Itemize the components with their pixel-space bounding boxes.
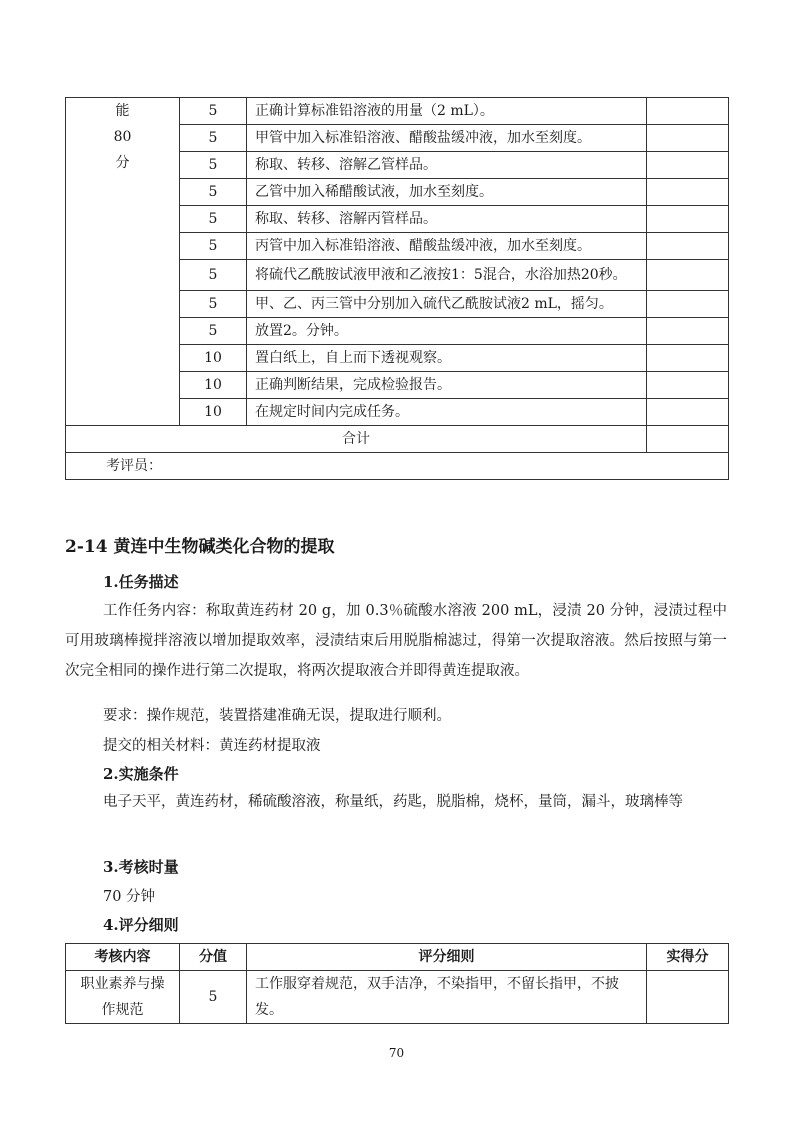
earned-score-cell bbox=[647, 206, 729, 233]
conditions-heading: 2.实施条件 bbox=[103, 763, 179, 784]
task-description-heading: 1.任务描述 bbox=[103, 571, 179, 592]
category-label-line: 能 bbox=[66, 98, 179, 124]
score-cell: 5 bbox=[180, 206, 247, 233]
criterion-cell: 工作服穿着规范，双手洁净，不染指甲，不留长指甲，不披发。 bbox=[247, 971, 647, 1024]
criterion-cell: 甲管中加入标准铅溶液、醋酸盐缓冲液，加水至刻度。 bbox=[247, 125, 647, 152]
examiner-label: 考评员： bbox=[66, 453, 729, 480]
criterion-cell: 将硫代乙酰胺试液甲液和乙液按1：5混合，水浴加热20秒。 bbox=[247, 260, 647, 291]
earned-score-cell bbox=[647, 98, 729, 125]
scoring-table: 考核内容 分值 评分细则 实得分 职业素养与操作规范 5 工作服穿着规范，双手洁… bbox=[65, 943, 729, 1024]
earned-score-cell bbox=[647, 372, 729, 399]
earned-score-cell bbox=[647, 399, 729, 426]
score-cell: 5 bbox=[180, 98, 247, 125]
category-label-line: 80 bbox=[66, 124, 179, 150]
section-title: 2-14 黄连中生物碱类化合物的提取 bbox=[65, 532, 334, 557]
scoring-heading: 4.评分细则 bbox=[103, 914, 179, 935]
earned-score-cell bbox=[647, 291, 729, 318]
scoring-table-continued: 能 80 分 5 正确计算标准铅溶液的用量（2 mL）。 5 甲管中加入标准铅溶… bbox=[65, 97, 729, 480]
criterion-cell: 在规定时间内完成任务。 bbox=[247, 399, 647, 426]
category-label-line: 分 bbox=[66, 150, 179, 176]
table-header-row: 考核内容 分值 评分细则 实得分 bbox=[66, 944, 729, 971]
earned-score-cell bbox=[647, 345, 729, 372]
task-description-text: 工作任务内容：称取黄连药材 20 g，加 0.3％硫酸水溶液 200 mL，浸渍… bbox=[65, 596, 727, 686]
page-number: 70 bbox=[0, 1046, 793, 1060]
criterion-cell: 正确判断结果，完成检验报告。 bbox=[247, 372, 647, 399]
earned-score-cell bbox=[647, 125, 729, 152]
total-score-cell bbox=[647, 426, 729, 453]
earned-score-cell bbox=[647, 971, 729, 1024]
criterion-cell: 放置2。分钟。 bbox=[247, 318, 647, 345]
criterion-cell: 乙管中加入稀醋酸试液，加水至刻度。 bbox=[247, 179, 647, 206]
materials-text: 提交的相关材料：黄连药材提取液 bbox=[103, 734, 321, 755]
table-row: 职业素养与操作规范 5 工作服穿着规范，双手洁净，不染指甲，不留长指甲，不披发。 bbox=[66, 971, 729, 1024]
score-cell: 5 bbox=[180, 260, 247, 291]
conditions-text: 电子天平，黄连药材，稀硫酸溶液，称量纸，药匙，脱脂棉，烧杯，量筒，漏斗，玻璃棒等 bbox=[65, 787, 727, 817]
score-cell: 5 bbox=[180, 125, 247, 152]
score-cell: 10 bbox=[180, 399, 247, 426]
examiner-row: 考评员： bbox=[66, 453, 729, 480]
time-heading: 3.考核时量 bbox=[103, 856, 179, 877]
earned-score-cell bbox=[647, 260, 729, 291]
time-text: 70 分钟 bbox=[103, 885, 155, 906]
total-label: 合计 bbox=[66, 426, 647, 453]
criterion-cell: 甲、乙、丙三管中分别加入硫代乙酰胺试液2 mL，摇匀。 bbox=[247, 291, 647, 318]
earned-score-cell bbox=[647, 152, 729, 179]
content-cell: 职业素养与操作规范 bbox=[66, 971, 180, 1024]
column-header-earned: 实得分 bbox=[647, 944, 729, 971]
criterion-cell: 丙管中加入标准铅溶液、醋酸盐缓冲液，加水至刻度。 bbox=[247, 233, 647, 260]
score-cell: 5 bbox=[180, 971, 247, 1024]
score-cell: 5 bbox=[180, 152, 247, 179]
score-cell: 5 bbox=[180, 291, 247, 318]
table-row: 能 80 分 5 正确计算标准铅溶液的用量（2 mL）。 bbox=[66, 98, 729, 125]
criterion-cell: 称取、转移、溶解乙管样品。 bbox=[247, 152, 647, 179]
score-cell: 5 bbox=[180, 318, 247, 345]
criterion-cell: 正确计算标准铅溶液的用量（2 mL）。 bbox=[247, 98, 647, 125]
column-header-content: 考核内容 bbox=[66, 944, 180, 971]
requirement-text: 要求：操作规范，装置搭建准确无误，提取进行顺利。 bbox=[103, 704, 451, 725]
total-row: 合计 bbox=[66, 426, 729, 453]
earned-score-cell bbox=[647, 318, 729, 345]
score-cell: 5 bbox=[180, 233, 247, 260]
column-header-score: 分值 bbox=[180, 944, 247, 971]
score-cell: 10 bbox=[180, 345, 247, 372]
criterion-cell: 置白纸上，自上而下透视观察。 bbox=[247, 345, 647, 372]
score-cell: 5 bbox=[180, 179, 247, 206]
criterion-cell: 称取、转移、溶解丙管样品。 bbox=[247, 206, 647, 233]
score-cell: 10 bbox=[180, 372, 247, 399]
column-header-criteria: 评分细则 bbox=[247, 944, 647, 971]
earned-score-cell bbox=[647, 179, 729, 206]
category-cell: 能 80 分 bbox=[66, 98, 180, 426]
earned-score-cell bbox=[647, 233, 729, 260]
